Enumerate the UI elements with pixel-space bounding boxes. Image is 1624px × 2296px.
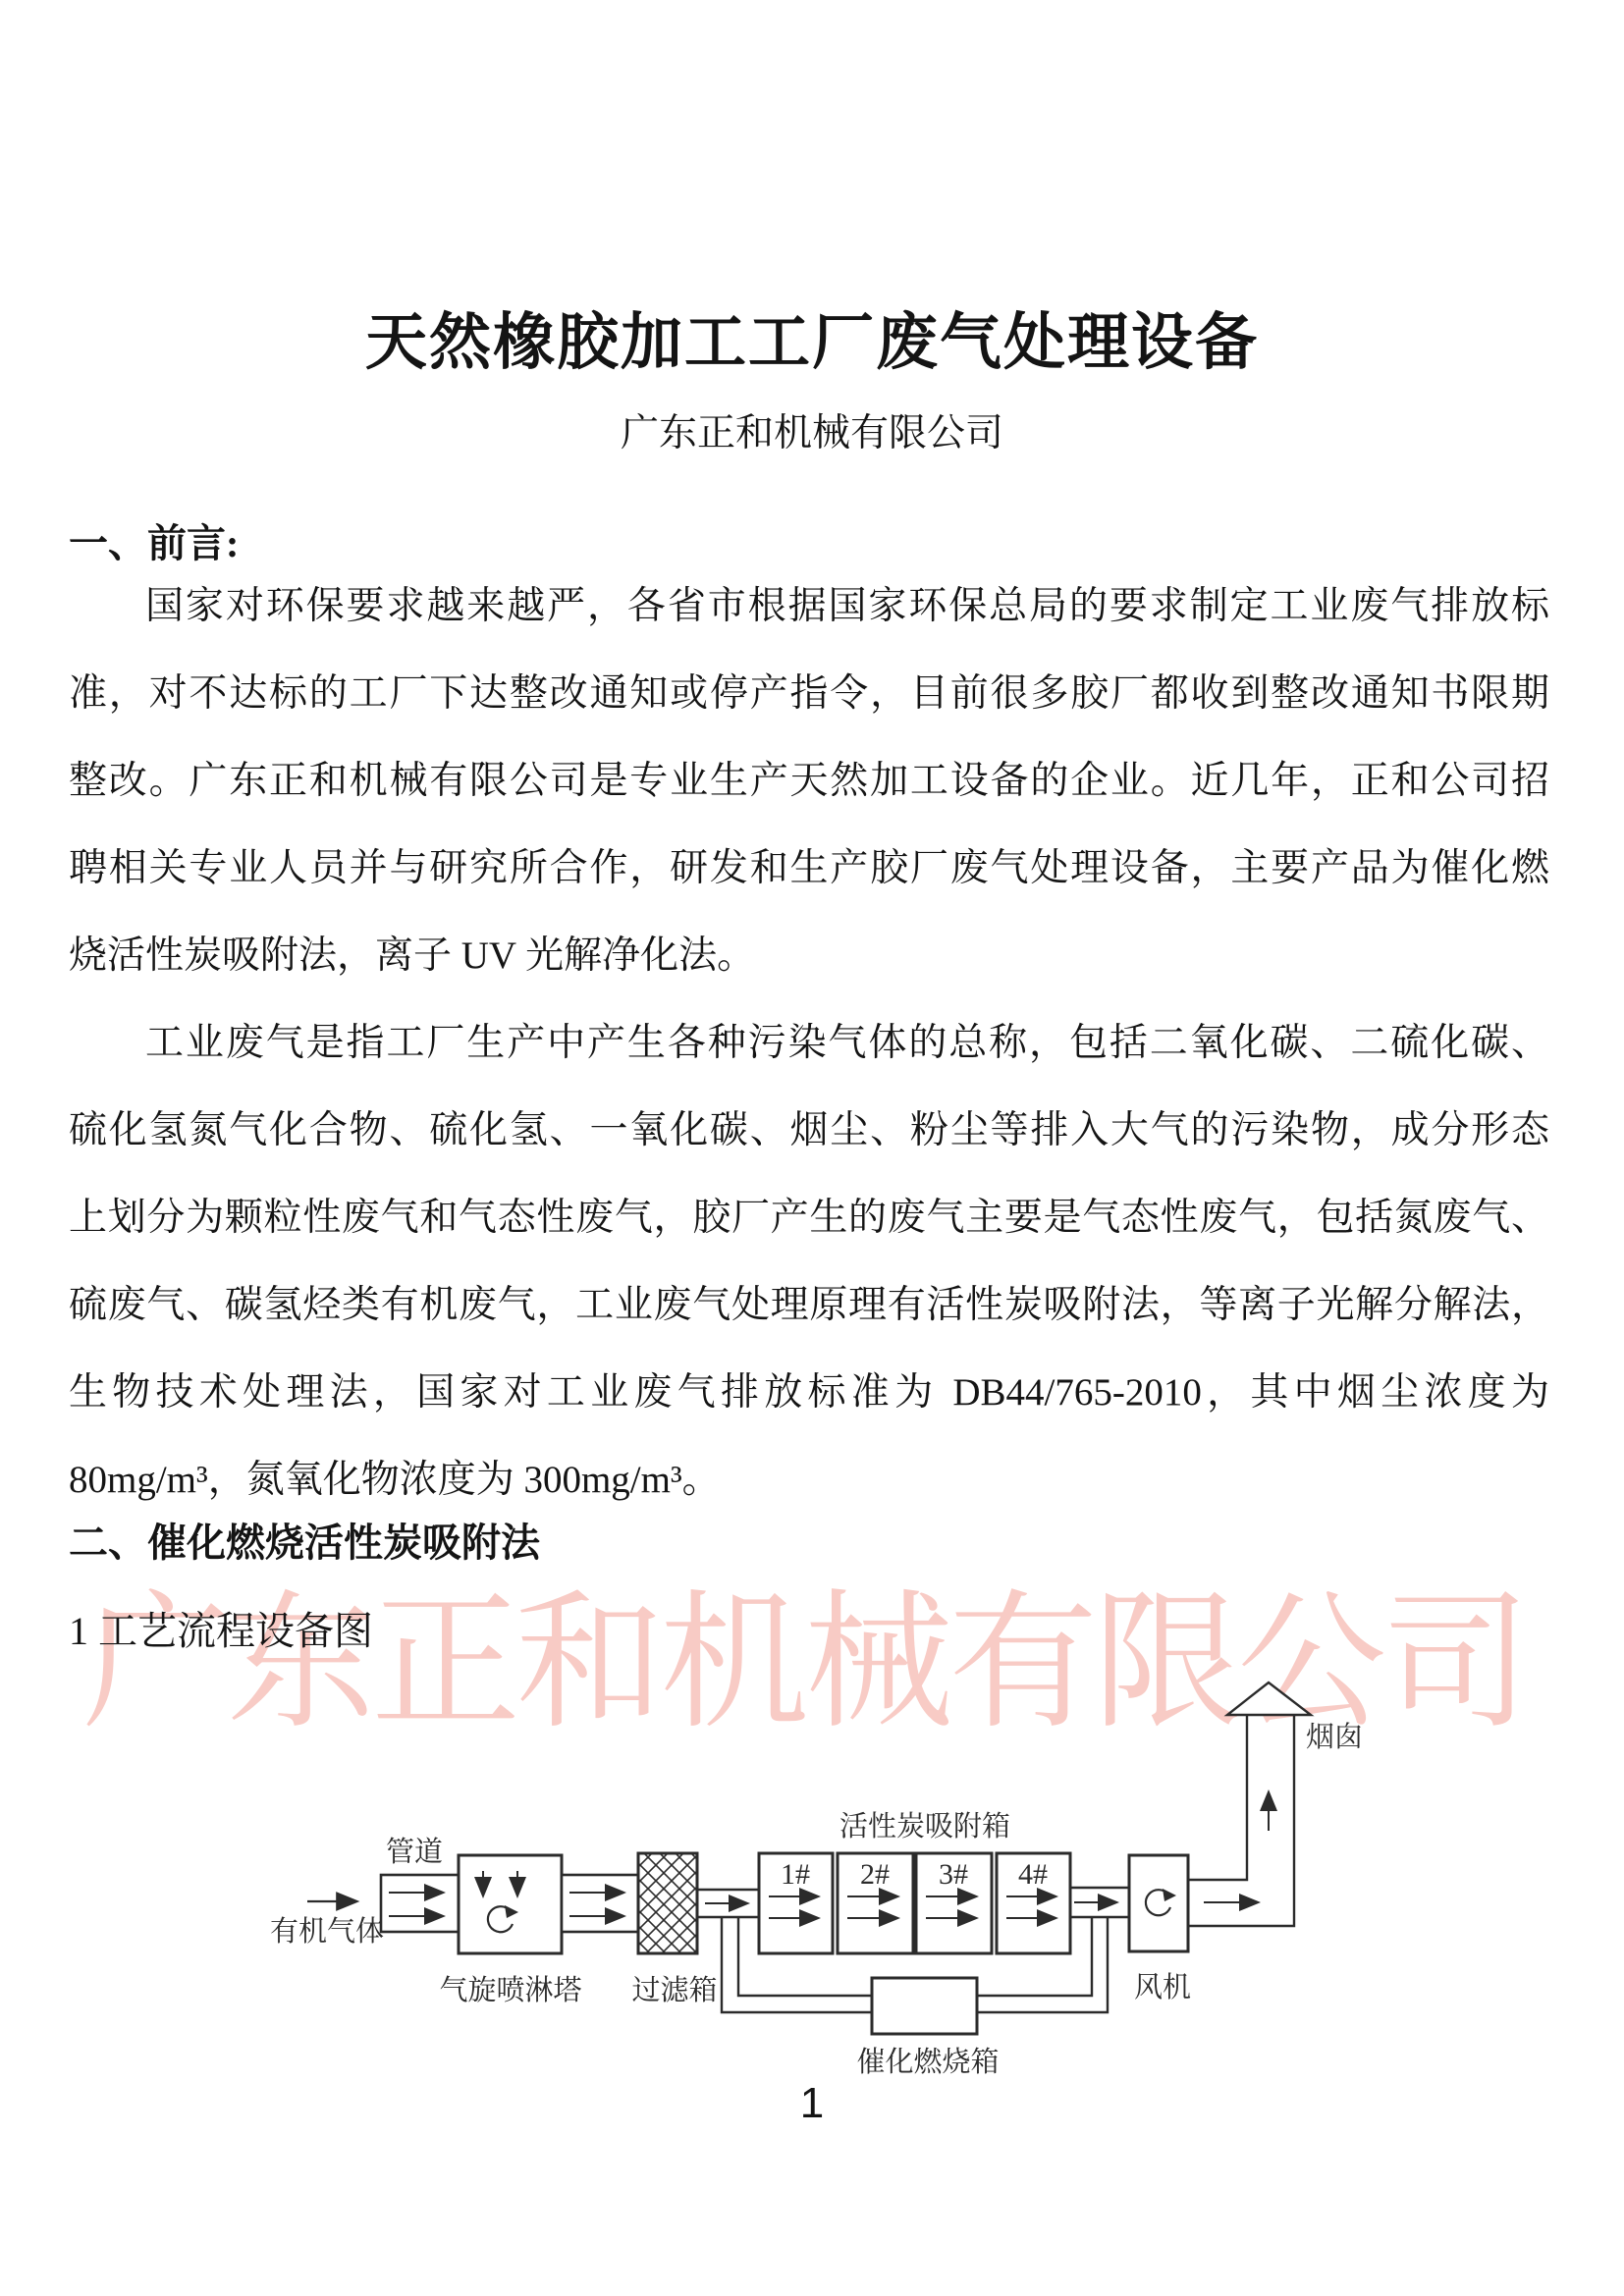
process-flow-subheading: 1 工艺流程设备图	[69, 1600, 373, 1656]
paragraph-1-line: 整改。广东正和机械有限公司是专业生产天然加工设备的企业。近几年，正和公司招	[69, 737, 1549, 825]
paragraph-2-line: 硫废气、碳氢烃类有机废气，工业废气处理原理有活性炭吸附法，等离子光解分解法，	[69, 1261, 1549, 1349]
pipe-duct	[381, 1875, 459, 1932]
paragraph-1-line: 国家对环保要求越来越严，各省市根据国家环保总局的要求制定工业废气排放标	[69, 562, 1549, 650]
fan-box	[1129, 1855, 1188, 1951]
catalytic-box-label: 催化燃烧箱	[856, 2046, 999, 2078]
spray-tower-label: 气旋喷淋塔	[439, 1974, 581, 2006]
carbon-box-1-label: 1#	[781, 1858, 810, 1891]
paragraph-1-line: 准，对不达标的工厂下达整改通知或停产指令，目前很多胶厂都收到整改通知书限期	[69, 650, 1549, 737]
document-subtitle: 广东正和机械有限公司	[0, 402, 1624, 457]
chimney-duct-right	[1188, 1715, 1294, 1926]
section-1-heading: 一、前言:	[69, 512, 239, 568]
paragraph-2-line: 工业废气是指工厂生产中产生各种污染气体的总称，包括二氧化碳、二硫化碳、	[69, 999, 1549, 1087]
paragraph-2-line: 硫化氢氮气化合物、硫化氢、一氧化碳、烟尘、粉尘等排入大气的污染物，成分形态	[69, 1087, 1549, 1174]
fan-label: 风机	[1134, 1971, 1191, 2003]
carbon-box-3-label: 3#	[939, 1858, 968, 1891]
carbon-box-4-label: 4#	[1018, 1858, 1048, 1891]
chimney-cap-icon	[1227, 1682, 1311, 1715]
carbon-group-label: 活性炭吸附箱	[839, 1810, 1010, 1842]
section-2-heading: 二、催化燃烧活性炭吸附法	[69, 1512, 540, 1568]
catalytic-combustion-box	[872, 1978, 977, 2034]
paragraph-2-line: 上划分为颗粒性废气和气态性废气，胶厂产生的废气主要是气态性废气，包括氮废气、	[69, 1174, 1549, 1261]
chimney-duct-left	[1188, 1715, 1247, 1880]
chimney-label: 烟囱	[1306, 1721, 1363, 1753]
process-flow-diagram: 有机气体 管道 气旋喷淋塔 过滤箱 活性炭吸附	[177, 1669, 1394, 2140]
page-number: 1	[0, 2079, 1624, 2128]
pipe-duct	[562, 1875, 638, 1932]
document-title: 天然橡胶加工工厂废气处理设备	[0, 293, 1624, 382]
paragraph-2-line: 生物技术处理法，国家对工业废气排放标准为 DB44/765-2010，其中烟尘浓…	[69, 1349, 1549, 1436]
pipe-label: 管道	[386, 1836, 443, 1868]
filter-box-label: 过滤箱	[631, 1974, 717, 2006]
carbon-box-2-label: 2#	[860, 1858, 890, 1891]
paragraph-1-line: 聘相关专业人员并与研究所合作，研发和生产胶厂废气处理设备，主要产品为催化燃	[69, 825, 1549, 912]
paragraph-1-line: 烧活性炭吸附法，离子 UV 光解净化法。	[69, 912, 1549, 999]
spray-tower-box	[459, 1855, 562, 1953]
filter-box	[638, 1853, 697, 1953]
paragraph-2-line: 80mg/m³，氮氧化物浓度为 300mg/m³。	[69, 1436, 1549, 1523]
document-page: 广东正和机械有限公司 天然橡胶加工工厂废气处理设备 广东正和机械有限公司 一、前…	[0, 0, 1624, 2296]
inlet-label: 有机气体	[270, 1915, 384, 1948]
